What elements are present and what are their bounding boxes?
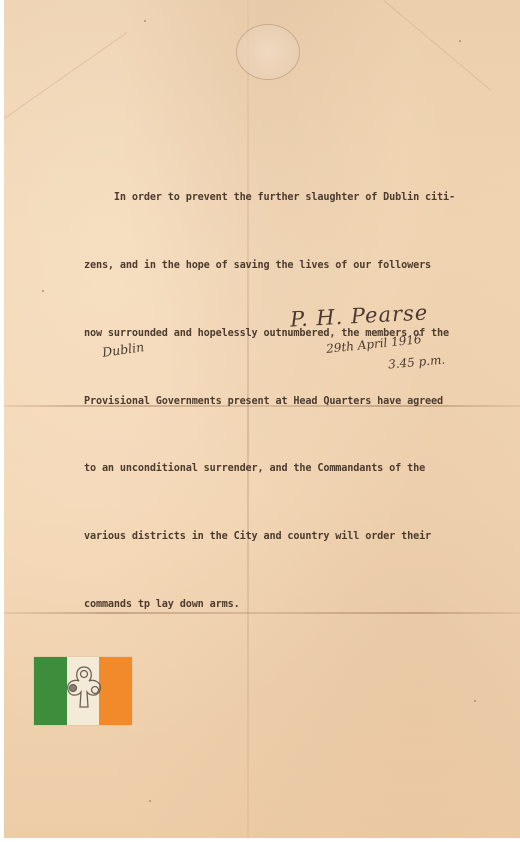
document-paper: In order to prevent the further slaughte… [4,0,520,838]
typed-line: to an unconditional surrender, and the C… [84,458,504,481]
typed-line: Provisional Governments present at Head … [84,391,504,414]
paper-speck [144,20,146,22]
shamrock-emblem-icon [62,663,106,711]
typed-line: commands tp lay down arms. [84,594,504,617]
paper-speck [149,800,151,802]
crease-mark [383,0,491,91]
paper-speck [42,290,44,292]
typed-line: In order to prevent the further slaughte… [84,187,504,210]
typed-line: zens, and in the hope of saving the live… [84,255,504,278]
crease-mark [4,32,127,119]
embossed-seal [236,24,300,80]
irish-tricolour-flag [34,657,132,725]
paper-speck [474,700,476,702]
paper-speck [459,40,461,42]
typed-line: various districts in the City and countr… [84,526,504,549]
typed-text-body: In order to prevent the further slaughte… [84,142,504,662]
